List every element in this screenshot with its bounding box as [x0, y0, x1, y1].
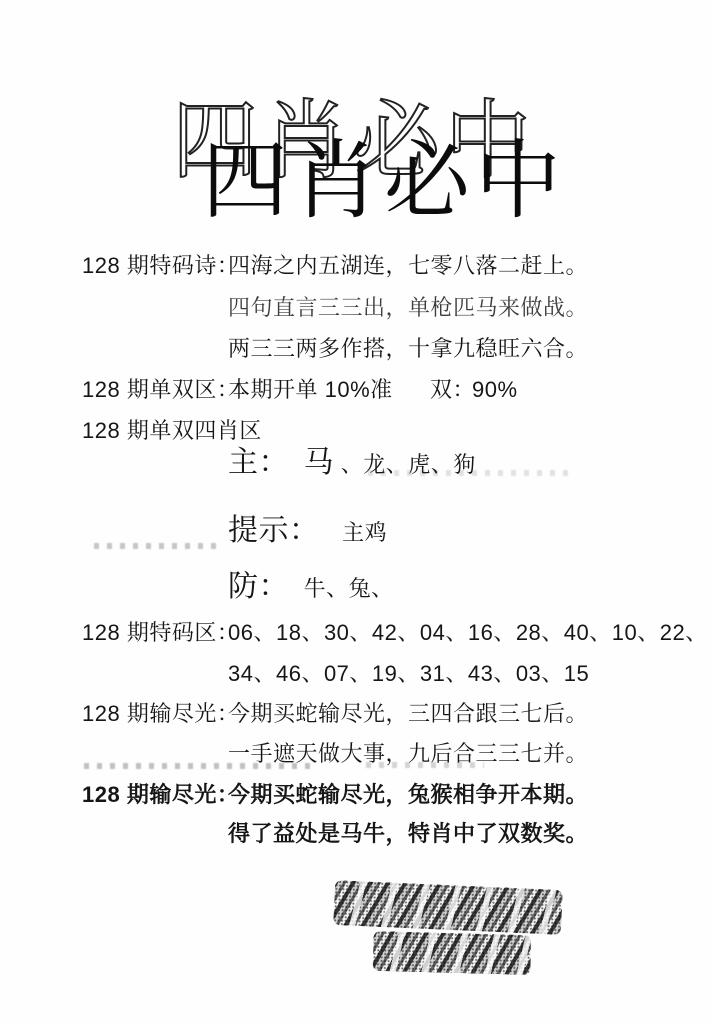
poem-line-2: 四句直言三三出，单枪匹马来做战。: [228, 295, 588, 320]
erased-text-artifact-3: [366, 762, 484, 768]
shujinguang2-line-2: 得了益处是马牛，特肖中了双数奖。: [228, 821, 588, 846]
even-value: 90%: [472, 377, 518, 402]
title-solid-text: 四肖必中: [202, 133, 566, 229]
hint-label: 提示：: [228, 514, 320, 547]
title-art: 四肖必中 四肖必中: [0, 0, 710, 250]
special-numbers-row-1: 06、18、30、42、04、16、28、40、10、22、: [228, 620, 708, 645]
erased-text-artifact-4: [368, 470, 573, 476]
shujinguang1-line-1: 今期买蛇输尽光，三四合跟三七后。: [228, 701, 588, 726]
odd-text: 本期开单 10%准: [228, 377, 393, 402]
shujinguang2-label: 128 期输尽光：: [82, 782, 239, 807]
hint-value: 主鸡: [342, 520, 387, 545]
special-numbers-row-2: 34、46、07、19、31、43、03、15: [228, 661, 589, 686]
guard-row: 防： 牛、兔、: [228, 570, 394, 605]
even-label: 双：: [430, 377, 475, 402]
redacted-scribble-line-1: [333, 880, 563, 935]
special-numbers-label: 128 期特码区：: [82, 620, 239, 645]
lottery-tip-sheet-page: 四肖必中 四肖必中 128 期特码诗： 四海之内五湖连，七零八落二赶上。 四句直…: [0, 0, 710, 1024]
poem-line-1: 四海之内五湖连，七零八落二赶上。: [228, 253, 588, 278]
guard-value: 牛、兔、: [304, 576, 394, 601]
poem-label: 128 期特码诗：: [82, 253, 239, 278]
redacted-scribble-line-2: [373, 931, 532, 975]
main-zodiac-label: 主：: [228, 446, 289, 479]
poem-line-3: 两三三两多作搭，十拿九稳旺六合。: [228, 336, 588, 361]
shujinguang1-label: 128 期输尽光：: [82, 701, 239, 726]
shujinguang2-line-1: 今期买蛇输尽光，兔猴相争开本期。: [228, 782, 588, 807]
erased-text-artifact-2: [84, 763, 316, 769]
hint-row: 提示： 主鸡: [228, 514, 387, 549]
guard-label: 防：: [228, 570, 289, 603]
odd-even-label: 128 期单双区：: [82, 377, 239, 402]
four-zodiac-label: 128 期单双四肖区: [82, 418, 262, 443]
erased-text-artifact-1: [94, 543, 216, 549]
main-zodiac-first: 马: [304, 446, 335, 479]
